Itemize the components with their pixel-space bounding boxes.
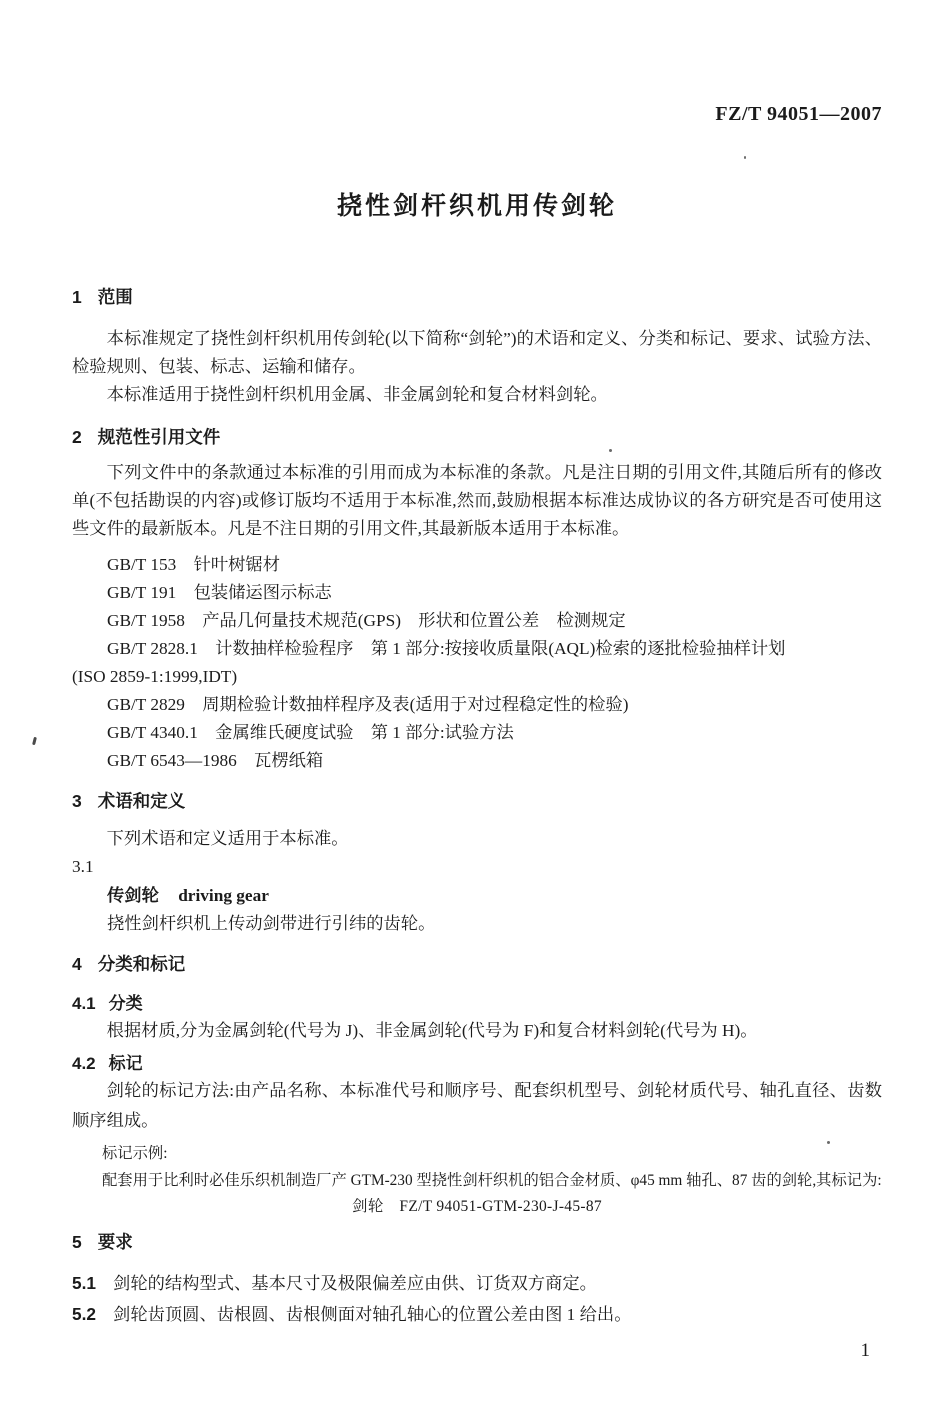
section-heading-label: 范围 [98, 285, 133, 309]
subsection-number: 4.1 [72, 992, 96, 1016]
clause-number: 5.2 [72, 1299, 96, 1329]
terms-intro-paragraph: 下列术语和定义适用于本标准。 [72, 825, 882, 853]
section-number: 3 [72, 789, 82, 813]
reference-item: GB/T 2828.1 计数抽样检验程序 第 1 部分:按接收质量限(AQL)检… [72, 635, 882, 663]
reference-item: GB/T 2829 周期检验计数抽样程序及表(适用于对过程稳定性的检验) [72, 691, 882, 719]
section-heading-label: 分类和标记 [98, 952, 186, 976]
scan-artifact [609, 449, 612, 452]
requirement-clause: 5.1 剑轮的结构型式、基本尺寸及极限偏差应由供、订货双方商定。 [72, 1268, 882, 1299]
marking-example-block: 标记示例: 配套用于比利时必佳乐织机制造厂产 GTM-230 型挠性剑杆织机的铝… [102, 1140, 882, 1194]
marking-example-designation: 剑轮 FZ/T 94051-GTM-230-J-45-87 [72, 1194, 882, 1220]
subsection-number: 4.2 [72, 1052, 96, 1076]
reference-item: GB/T 1958 产品几何量技术规范(GPS) 形状和位置公差 检测规定 [72, 607, 882, 635]
marking-example-text: 配套用于比利时必佳乐织机制造厂产 GTM-230 型挠性剑杆织机的铝合金材质、φ… [102, 1167, 882, 1194]
section-heading-label: 术语和定义 [98, 789, 186, 813]
standard-code: FZ/T 94051—2007 [72, 103, 882, 125]
marking-example-label: 标记示例: [102, 1140, 882, 1167]
clause-text: 剑轮齿顶圆、齿根圆、齿根侧面对轴孔轴心的位置公差由图 1 给出。 [113, 1300, 631, 1330]
classification-paragraph: 根据材质,分为金属剑轮(代号为 J)、非金属剑轮(代号为 F)和复合材料剑轮(代… [72, 1016, 882, 1046]
section-heading-normative-references: 2 规范性引用文件 [72, 425, 882, 449]
requirement-clause: 5.2 剑轮齿顶圆、齿根圆、齿根侧面对轴孔轴心的位置公差由图 1 给出。 [72, 1299, 882, 1330]
term-name-en: driving gear [178, 886, 269, 905]
section-heading-classification-marking: 4 分类和标记 [72, 952, 882, 976]
reference-item: GB/T 153 针叶树锯材 [72, 551, 882, 579]
reference-item: GB/T 191 包装储运图示标志 [72, 579, 882, 607]
subsection-heading-classification: 4.1 分类 [72, 992, 882, 1016]
section-number: 4 [72, 952, 82, 976]
scan-artifact [827, 1141, 830, 1144]
scanned-standard-page: { "header": { "standard_code": "FZ/T 940… [0, 0, 950, 1428]
section-number: 1 [72, 285, 82, 309]
section-heading-label: 规范性引用文件 [98, 425, 221, 449]
section-number: 5 [72, 1230, 82, 1254]
subsection-heading-marking: 4.2 标记 [72, 1052, 882, 1076]
document-title: 挠性剑杆织机用传剑轮 [72, 189, 882, 223]
term-clause-number: 3.1 [72, 853, 882, 881]
scope-paragraph-2: 本标准适用于挠性剑杆织机用金属、非金属剑轮和复合材料剑轮。 [72, 381, 882, 409]
document-page: FZ/T 94051—2007 挠性剑杆织机用传剑轮 1 范围 本标准规定了挠性… [0, 0, 950, 1330]
section-heading-terms: 3 术语和定义 [72, 789, 882, 813]
scope-paragraph-1: 本标准规定了挠性剑杆织机用传剑轮(以下简称“剑轮”)的术语和定义、分类和标记、要… [72, 325, 882, 381]
section-number: 2 [72, 425, 82, 449]
reference-item: GB/T 6543—1986 瓦楞纸箱 [72, 747, 882, 775]
reference-item: GB/T 4340.1 金属维氏硬度试验 第 1 部分:试验方法 [72, 719, 882, 747]
normative-references-list: GB/T 153 针叶树锯材 GB/T 191 包装储运图示标志 GB/T 19… [72, 551, 882, 775]
subsection-heading-label: 标记 [109, 1052, 143, 1076]
scan-artifact [744, 156, 746, 159]
marking-method-paragraph: 剑轮的标记方法:由产品名称、本标准代号和顺序号、配套织机型号、剑轮材质代号、轴孔… [72, 1076, 882, 1136]
term-definition: 挠性剑杆织机上传动剑带进行引纬的齿轮。 [72, 910, 882, 938]
clause-number: 5.1 [72, 1268, 96, 1298]
term-name-cn: 传剑轮 [107, 885, 159, 905]
page-number: 1 [861, 1340, 871, 1362]
section-heading-label: 要求 [98, 1230, 133, 1254]
clause-text: 剑轮的结构型式、基本尺寸及极限偏差应由供、订货双方商定。 [113, 1269, 597, 1299]
term-entry: 传剑轮 driving gear [72, 881, 882, 910]
subsection-heading-label: 分类 [109, 992, 143, 1016]
section-heading-requirements: 5 要求 [72, 1230, 882, 1254]
reference-item-continuation: (ISO 2859-1:1999,IDT) [72, 663, 882, 691]
section-heading-scope: 1 范围 [72, 285, 882, 309]
references-intro-paragraph: 下列文件中的条款通过本标准的引用而成为本标准的条款。凡是注日期的引用文件,其随后… [72, 459, 882, 543]
